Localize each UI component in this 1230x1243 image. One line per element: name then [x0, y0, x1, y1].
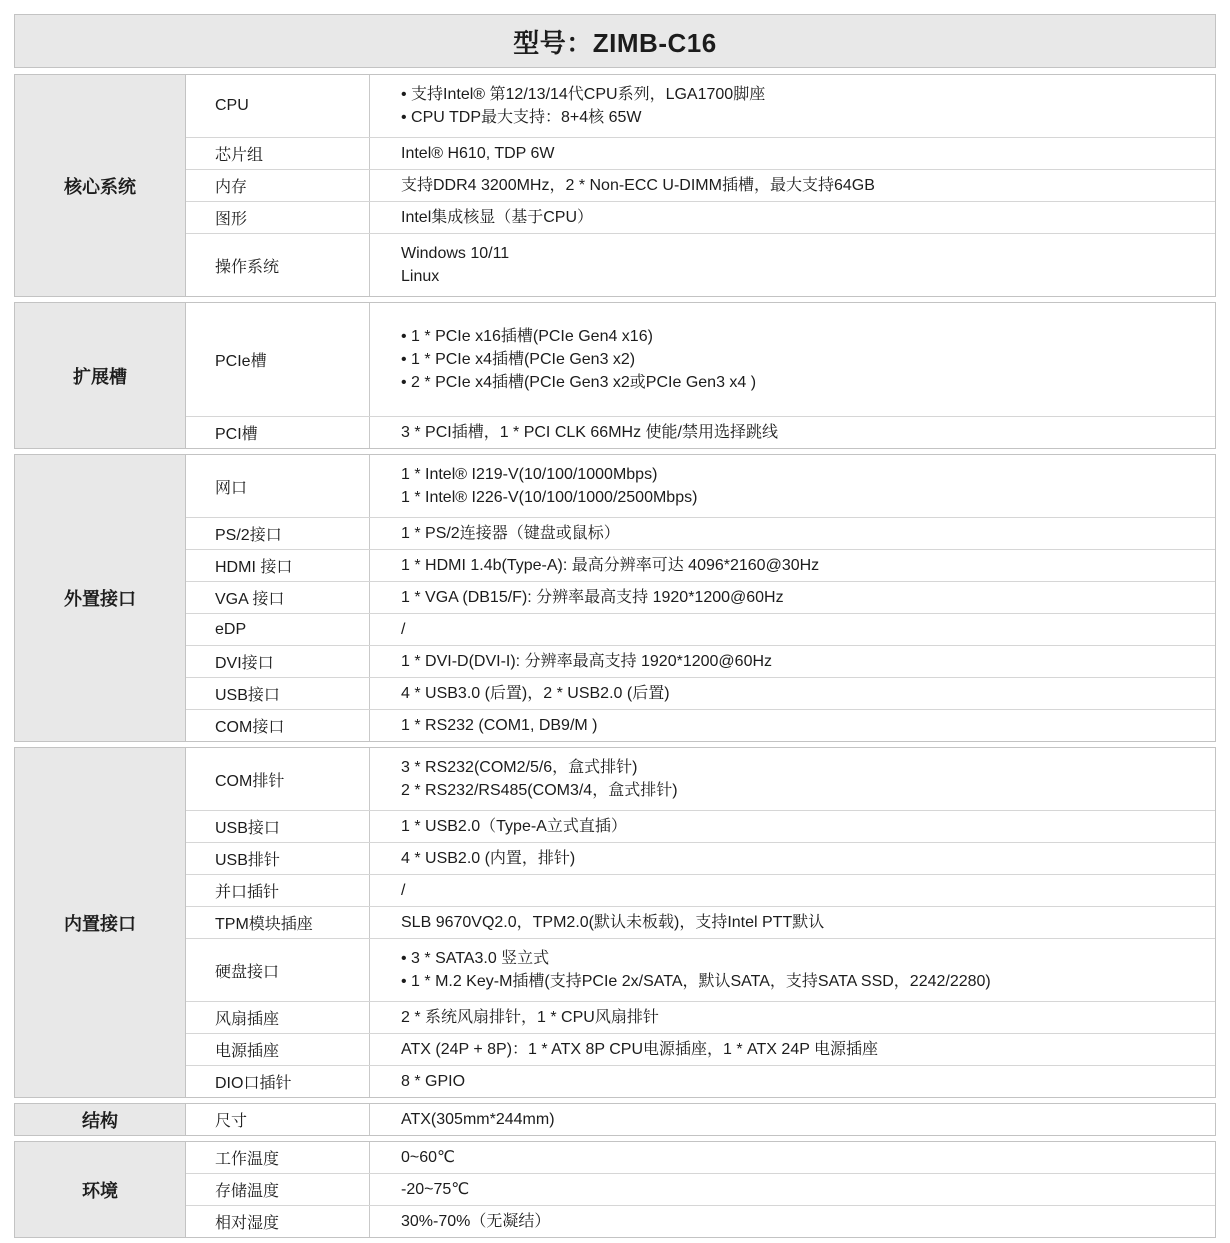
spec-row-power: 电源插座 ATX (24P + 8P)：1 * ATX 8P CPU电源插座，1… [186, 1034, 1215, 1066]
spec-row-com-ext: COM接口 1 * RS232 (COM1, DB9/M ) [186, 710, 1215, 741]
spec-value: 3 * RS232(COM2/5/6，盒式排针) 2 * RS232/RS485… [370, 748, 1215, 810]
spec-label: 网口 [186, 455, 370, 517]
spec-value: 3 * PCI插槽，1 * PCI CLK 66MHz 使能/禁用选择跳线 [370, 417, 1215, 448]
spec-value: 1 * VGA (DB15/F): 分辨率最高支持 1920*1200@60Hz [370, 582, 1215, 613]
value-line: 4 * USB2.0 (内置，排针) [401, 847, 1195, 870]
spec-row-hdmi: HDMI 接口 1 * HDMI 1.4b(Type-A): 最高分辨率可达 4… [186, 550, 1215, 582]
spec-row-dvi: DVI接口 1 * DVI-D(DVI-I): 分辨率最高支持 1920*120… [186, 646, 1215, 678]
spec-label: eDP [186, 614, 370, 645]
spec-label: DIO口插针 [186, 1066, 370, 1097]
model-title: 型号：ZIMB-C16 [513, 23, 716, 60]
spec-row-cpu: CPU • 支持Intel® 第12/13/14代CPU系列，LGA1700脚座… [186, 75, 1215, 138]
spec-value: / [370, 614, 1215, 645]
spec-label: COM接口 [186, 710, 370, 741]
spec-value: 2 * 系统风扇排针，1 * CPU风扇排针 [370, 1002, 1215, 1033]
spec-row-usb-int: USB接口 1 * USB2.0（Type-A立式直插） [186, 811, 1215, 843]
spec-label: 硬盘接口 [186, 939, 370, 1001]
spec-row-usb-ext: USB接口 4 * USB3.0 (后置)，2 * USB2.0 (后置) [186, 678, 1215, 710]
value-line: 1 * HDMI 1.4b(Type-A): 最高分辨率可达 4096*2160… [401, 554, 1195, 577]
spec-label: 图形 [186, 202, 370, 233]
section-structure: 结构 尺寸 ATX(305mm*244mm) [14, 1103, 1216, 1136]
spec-value: Intel® H610, TDP 6W [370, 138, 1215, 169]
value-line: 30%-70%（无凝结） [401, 1210, 1195, 1233]
spec-row-os: 操作系统 Windows 10/11 Linux [186, 234, 1215, 296]
model-header: 型号：ZIMB-C16 [14, 14, 1216, 68]
spec-row-parallel: 并口插针 / [186, 875, 1215, 907]
value-line: • 2 * PCIe x4插槽(PCIe Gen3 x2或PCIe Gen3 x… [401, 371, 1195, 394]
spec-value: 1 * RS232 (COM1, DB9/M ) [370, 710, 1215, 741]
spec-value: Windows 10/11 Linux [370, 234, 1215, 296]
spec-value: Intel集成核显（基于CPU） [370, 202, 1215, 233]
spec-value: 1 * DVI-D(DVI-I): 分辨率最高支持 1920*1200@60Hz [370, 646, 1215, 677]
spec-label: HDMI 接口 [186, 550, 370, 581]
spec-row-dio: DIO口插针 8 * GPIO [186, 1066, 1215, 1097]
section-name: 结构 [15, 1104, 186, 1135]
value-line: 4 * USB3.0 (后置)，2 * USB2.0 (后置) [401, 682, 1195, 705]
spec-value: 4 * USB3.0 (后置)，2 * USB2.0 (后置) [370, 678, 1215, 709]
spec-value: 0~60℃ [370, 1142, 1215, 1173]
spec-row-storage-temp: 存储温度 -20~75℃ [186, 1174, 1215, 1206]
spec-value: 1 * Intel® I219-V(10/100/1000Mbps) 1 * I… [370, 455, 1215, 517]
spec-label: PCIe槽 [186, 303, 370, 416]
spec-label: PS/2接口 [186, 518, 370, 549]
spec-label: USB接口 [186, 811, 370, 842]
value-line: / [401, 618, 1195, 641]
value-line: Windows 10/11 [401, 242, 1195, 265]
spec-label: 内存 [186, 170, 370, 201]
section-rows: 网口 1 * Intel® I219-V(10/100/1000Mbps) 1 … [186, 455, 1215, 741]
value-line: 3 * PCI插槽，1 * PCI CLK 66MHz 使能/禁用选择跳线 [401, 421, 1195, 444]
value-line: 0~60℃ [401, 1146, 1195, 1169]
section-core-system: 核心系统 CPU • 支持Intel® 第12/13/14代CPU系列，LGA1… [14, 74, 1216, 297]
spec-value: • 支持Intel® 第12/13/14代CPU系列，LGA1700脚座 • C… [370, 75, 1215, 137]
section-rows: 尺寸 ATX(305mm*244mm) [186, 1104, 1215, 1135]
spec-label: COM排针 [186, 748, 370, 810]
spec-row-vga: VGA 接口 1 * VGA (DB15/F): 分辨率最高支持 1920*12… [186, 582, 1215, 614]
value-line: • 1 * PCIe x16插槽(PCIe Gen4 x16) [401, 325, 1195, 348]
spec-row-edp: eDP / [186, 614, 1215, 646]
spec-label: 操作系统 [186, 234, 370, 296]
value-line: 2 * RS232/RS485(COM3/4，盒式排针) [401, 779, 1195, 802]
section-environment: 环境 工作温度 0~60℃ 存储温度 -20~75℃ 相对湿度 30%-70%（… [14, 1141, 1216, 1238]
value-line: 1 * DVI-D(DVI-I): 分辨率最高支持 1920*1200@60Hz [401, 650, 1195, 673]
spec-label: 并口插针 [186, 875, 370, 906]
section-internal-io: 内置接口 COM排针 3 * RS232(COM2/5/6，盒式排针) 2 * … [14, 747, 1216, 1098]
value-line: 2 * 系统风扇排针，1 * CPU风扇排针 [401, 1006, 1195, 1029]
spec-label: 相对湿度 [186, 1206, 370, 1237]
spec-value: 支持DDR4 3200MHz，2 * Non-ECC U-DIMM插槽，最大支持… [370, 170, 1215, 201]
value-line: • 3 * SATA3.0 竖立式 [401, 947, 1195, 970]
spec-label: TPM模块插座 [186, 907, 370, 938]
value-line: 1 * Intel® I226-V(10/100/1000/2500Mbps) [401, 486, 1195, 509]
spec-sheet: 型号：ZIMB-C16 核心系统 CPU • 支持Intel® 第12/13/1… [14, 14, 1216, 1243]
spec-value: -20~75℃ [370, 1174, 1215, 1205]
section-name: 扩展槽 [15, 303, 186, 448]
spec-row-usb-header: USB排针 4 * USB2.0 (内置，排针) [186, 843, 1215, 875]
spec-label: 存储温度 [186, 1174, 370, 1205]
value-line: SLB 9670VQ2.0，TPM2.0(默认未板载)，支持Intel PTT默… [401, 911, 1195, 934]
spec-row-ps2: PS/2接口 1 * PS/2连接器（键盘或鼠标） [186, 518, 1215, 550]
section-expansion-slots: 扩展槽 PCIe槽 • 1 * PCIe x16插槽(PCIe Gen4 x16… [14, 302, 1216, 449]
spec-row-chipset: 芯片组 Intel® H610, TDP 6W [186, 138, 1215, 170]
spec-value: 8 * GPIO [370, 1066, 1215, 1097]
spec-row-fan: 风扇插座 2 * 系统风扇排针，1 * CPU风扇排针 [186, 1002, 1215, 1034]
section-name: 内置接口 [15, 748, 186, 1097]
spec-row-tpm: TPM模块插座 SLB 9670VQ2.0，TPM2.0(默认未板载)，支持In… [186, 907, 1215, 939]
section-rows: COM排针 3 * RS232(COM2/5/6，盒式排针) 2 * RS232… [186, 748, 1215, 1097]
spec-value: 1 * HDMI 1.4b(Type-A): 最高分辨率可达 4096*2160… [370, 550, 1215, 581]
spec-row-pci: PCI槽 3 * PCI插槽，1 * PCI CLK 66MHz 使能/禁用选择… [186, 417, 1215, 448]
value-line: 1 * Intel® I219-V(10/100/1000Mbps) [401, 463, 1195, 486]
value-line: Linux [401, 265, 1195, 288]
spec-value: • 1 * PCIe x16插槽(PCIe Gen4 x16) • 1 * PC… [370, 303, 1215, 416]
spec-label: 电源插座 [186, 1034, 370, 1065]
spec-label: 芯片组 [186, 138, 370, 169]
spec-value: • 3 * SATA3.0 竖立式 • 1 * M.2 Key-M插槽(支持PC… [370, 939, 1215, 1001]
spec-value: 4 * USB2.0 (内置，排针) [370, 843, 1215, 874]
section-name: 外置接口 [15, 455, 186, 741]
value-line: • CPU TDP最大支持：8+4核 65W [401, 106, 1195, 129]
value-line: 1 * PS/2连接器（键盘或鼠标） [401, 522, 1195, 545]
spec-row-dimensions: 尺寸 ATX(305mm*244mm) [186, 1104, 1215, 1135]
value-line: 支持DDR4 3200MHz，2 * Non-ECC U-DIMM插槽，最大支持… [401, 174, 1195, 197]
spec-row-operating-temp: 工作温度 0~60℃ [186, 1142, 1215, 1174]
value-line: 1 * RS232 (COM1, DB9/M ) [401, 714, 1195, 737]
spec-value: / [370, 875, 1215, 906]
value-line: • 支持Intel® 第12/13/14代CPU系列，LGA1700脚座 [401, 83, 1195, 106]
spec-value: ATX(305mm*244mm) [370, 1104, 1215, 1135]
value-line: -20~75℃ [401, 1178, 1195, 1201]
section-external-io: 外置接口 网口 1 * Intel® I219-V(10/100/1000Mbp… [14, 454, 1216, 742]
spec-label: PCI槽 [186, 417, 370, 448]
spec-row-pcie: PCIe槽 • 1 * PCIe x16插槽(PCIe Gen4 x16) • … [186, 303, 1215, 417]
spec-label: 风扇插座 [186, 1002, 370, 1033]
section-rows: CPU • 支持Intel® 第12/13/14代CPU系列，LGA1700脚座… [186, 75, 1215, 296]
value-line: • 1 * PCIe x4插槽(PCIe Gen3 x2) [401, 348, 1195, 371]
value-line: • 1 * M.2 Key-M插槽(支持PCIe 2x/SATA，默认SATA，… [401, 970, 1195, 993]
spec-row-humidity: 相对湿度 30%-70%（无凝结） [186, 1206, 1215, 1237]
spec-label: 工作温度 [186, 1142, 370, 1173]
spec-label: USB排针 [186, 843, 370, 874]
spec-row-graphics: 图形 Intel集成核显（基于CPU） [186, 202, 1215, 234]
value-line: 1 * VGA (DB15/F): 分辨率最高支持 1920*1200@60Hz [401, 586, 1195, 609]
section-name: 环境 [15, 1142, 186, 1237]
value-line: ATX (24P + 8P)：1 * ATX 8P CPU电源插座，1 * AT… [401, 1038, 1195, 1061]
spec-row-lan: 网口 1 * Intel® I219-V(10/100/1000Mbps) 1 … [186, 455, 1215, 518]
spec-label: VGA 接口 [186, 582, 370, 613]
section-rows: PCIe槽 • 1 * PCIe x16插槽(PCIe Gen4 x16) • … [186, 303, 1215, 448]
value-line: ATX(305mm*244mm) [401, 1108, 1195, 1131]
spec-value: ATX (24P + 8P)：1 * ATX 8P CPU电源插座，1 * AT… [370, 1034, 1215, 1065]
value-line: Intel® H610, TDP 6W [401, 142, 1195, 165]
value-line: / [401, 879, 1195, 902]
section-name: 核心系统 [15, 75, 186, 296]
spec-label: USB接口 [186, 678, 370, 709]
section-rows: 工作温度 0~60℃ 存储温度 -20~75℃ 相对湿度 30%-70%（无凝结… [186, 1142, 1215, 1237]
spec-row-com-header: COM排针 3 * RS232(COM2/5/6，盒式排针) 2 * RS232… [186, 748, 1215, 811]
value-line: 8 * GPIO [401, 1070, 1195, 1093]
spec-value: 1 * PS/2连接器（键盘或鼠标） [370, 518, 1215, 549]
value-line: 1 * USB2.0（Type-A立式直插） [401, 815, 1195, 838]
spec-label: DVI接口 [186, 646, 370, 677]
value-line: 3 * RS232(COM2/5/6，盒式排针) [401, 756, 1195, 779]
spec-label: CPU [186, 75, 370, 137]
spec-row-memory: 内存 支持DDR4 3200MHz，2 * Non-ECC U-DIMM插槽，最… [186, 170, 1215, 202]
spec-value: SLB 9670VQ2.0，TPM2.0(默认未板载)，支持Intel PTT默… [370, 907, 1215, 938]
spec-row-storage: 硬盘接口 • 3 * SATA3.0 竖立式 • 1 * M.2 Key-M插槽… [186, 939, 1215, 1002]
spec-label: 尺寸 [186, 1104, 370, 1135]
value-line: Intel集成核显（基于CPU） [401, 206, 1195, 229]
spec-value: 30%-70%（无凝结） [370, 1206, 1215, 1237]
spec-value: 1 * USB2.0（Type-A立式直插） [370, 811, 1215, 842]
